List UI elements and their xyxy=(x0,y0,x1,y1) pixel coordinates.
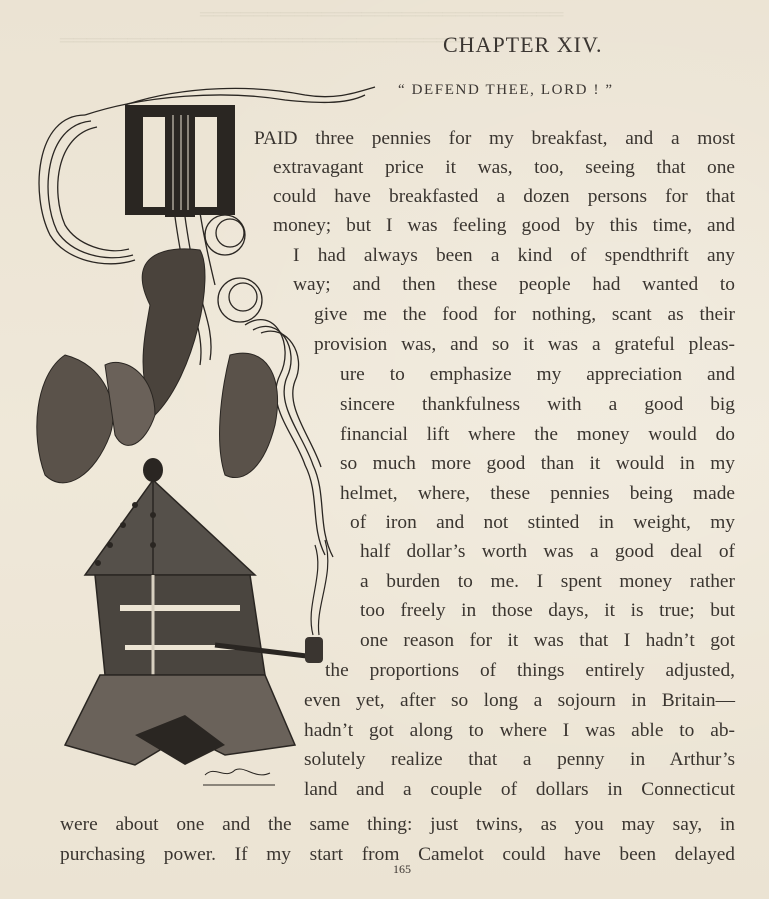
chapter-subtitle: “ DEFEND THEE, LORD ! ” xyxy=(398,82,614,99)
text-line: one reason for it was that I hadn’t got xyxy=(360,626,735,656)
text-line: hadn’t got along to where I was able to … xyxy=(304,716,735,746)
book-page: ═══════════════════════════ ════════════… xyxy=(0,0,769,899)
page-number: 165 xyxy=(393,862,411,877)
text-line: financial lift where the money would do xyxy=(340,420,735,450)
reverse-page-show-through: ═══════════════════════════ ════════════… xyxy=(0,0,769,82)
text-line: solutely realize that a penny in Arthur’… xyxy=(304,745,735,775)
text-line: a burden to me. I spent money rather xyxy=(360,567,735,597)
text-line: too freely in those days, it is true; bu… xyxy=(360,596,735,626)
text-line: PAID three pennies for my breakfast, and… xyxy=(254,124,735,154)
text-line: sincere thankfulness with a good big xyxy=(340,390,735,420)
text-line: even yet, after so long a sojourn in Bri… xyxy=(304,686,735,716)
chapter-title: CHAPTER XIV. xyxy=(443,32,603,58)
text-line: I had always been a kind of spendthrift … xyxy=(293,241,735,271)
text-line: half dollar’s worth was a good deal of xyxy=(360,537,735,567)
text-line: ure to emphasize my appreciation and xyxy=(340,360,735,390)
text-line: land and a couple of dollars in Connecti… xyxy=(304,775,735,805)
text-line: were about one and the same thing: just … xyxy=(60,810,735,840)
text-line: so much more good than it would in my xyxy=(340,449,735,479)
text-line: the proportions of things entirely adjus… xyxy=(325,656,735,686)
text-line: way; and then these people had wanted to xyxy=(293,270,735,300)
text-line: could have breakfasted a dozen persons f… xyxy=(273,182,735,212)
text-line: provision was, and so it was a grateful … xyxy=(314,330,735,360)
text-line: extravagant price it was, too, seeing th… xyxy=(273,153,735,183)
text-line: give me the food for nothing, scant as t… xyxy=(314,300,735,330)
text-line: money; but I was feeling good by this ti… xyxy=(273,211,735,241)
text-line: of iron and not stinted in weight, my xyxy=(350,508,735,538)
text-line: helmet, where, these pennies being made xyxy=(340,479,735,509)
